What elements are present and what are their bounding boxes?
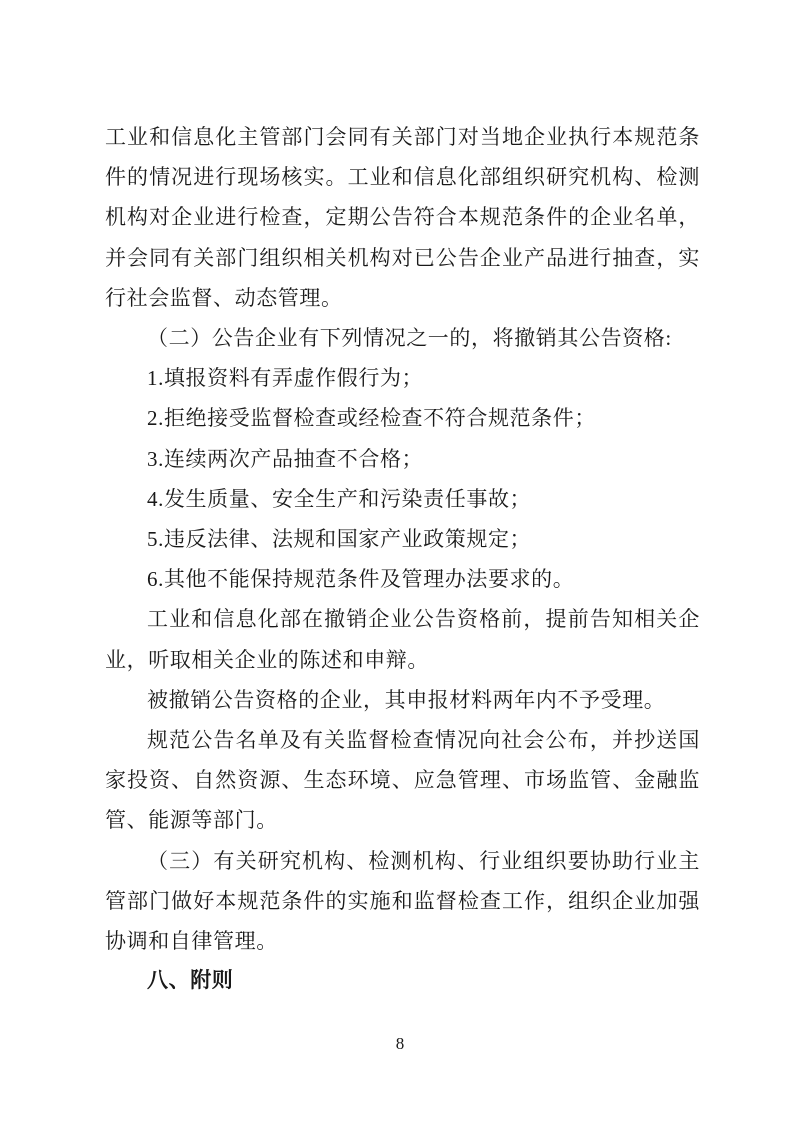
list-item: 1.填报资料有弄虚作假行为； xyxy=(105,358,700,398)
list-item: 2.拒绝接受监督检查或经检查不符合规范条件； xyxy=(105,398,700,438)
list-item: 3.连续两次产品抽查不合格； xyxy=(105,439,700,479)
body: 被撤销公告资格的企业，其申报材料两年内不予受理。 xyxy=(105,680,700,720)
body: 工业和信息化主管部门会同有关部门对当地企业执行本规范条件的情况进行现场核实。工业… xyxy=(105,117,700,318)
list-item: 6.其他不能保持规范条件及管理办法要求的。 xyxy=(105,559,700,599)
section-heading: 八、附则 xyxy=(105,961,700,1001)
body: （二）公告企业有下列情况之一的，将撤销其公告资格: xyxy=(105,318,700,358)
list-item: 4.发生质量、安全生产和污染责任事故； xyxy=(105,479,700,519)
document-body: 工业和信息化主管部门会同有关部门对当地企业执行本规范条件的情况进行现场核实。工业… xyxy=(105,117,700,1001)
body: 规范公告名单及有关监督检查情况向社会公布，并抄送国家投资、自然资源、生态环境、应… xyxy=(105,720,700,841)
document-page: 工业和信息化主管部门会同有关部门对当地企业执行本规范条件的情况进行现场核实。工业… xyxy=(0,0,800,1130)
body: （三）有关研究机构、检测机构、行业组织要协助行业主管部门做好本规范条件的实施和监… xyxy=(105,841,700,962)
list-item: 5.违反法律、法规和国家产业政策规定； xyxy=(105,519,700,559)
page-number: 8 xyxy=(0,1034,800,1054)
body: 工业和信息化部在撤销企业公告资格前，提前告知相关企业，听取相关企业的陈述和申辩。 xyxy=(105,599,700,679)
